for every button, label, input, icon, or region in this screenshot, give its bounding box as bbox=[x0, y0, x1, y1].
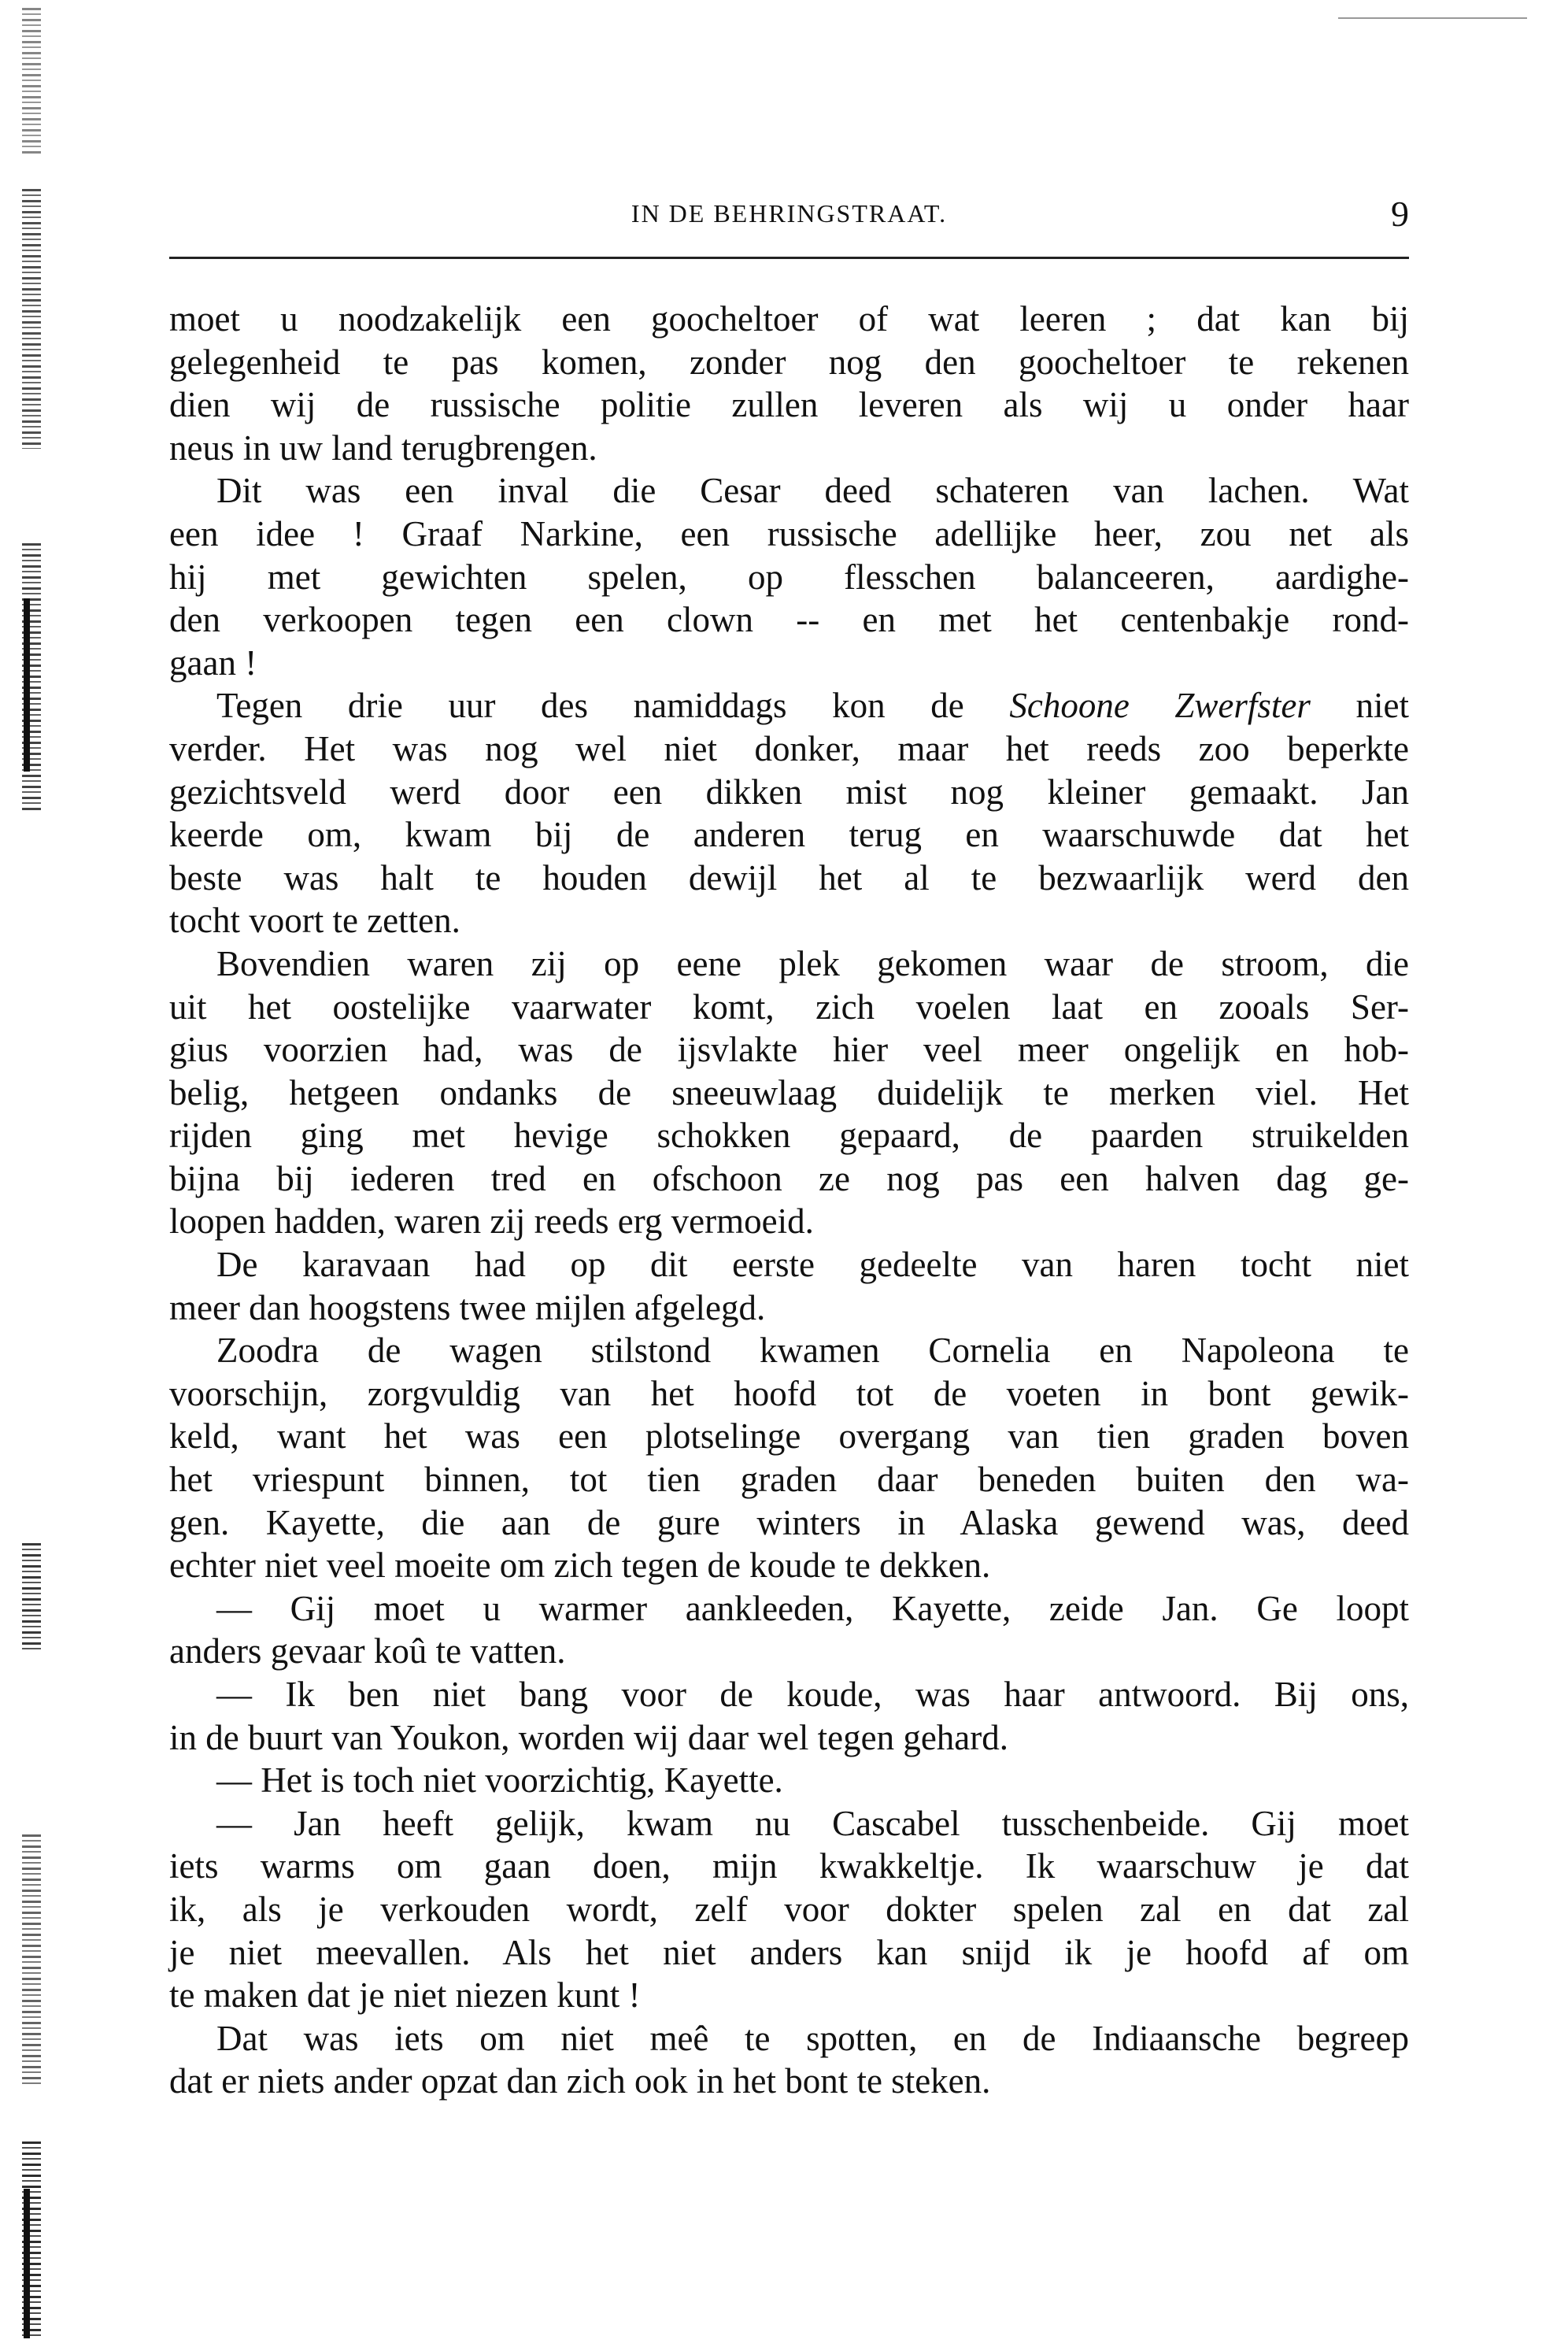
scan-binding-shadow bbox=[22, 8, 41, 154]
running-title: IN DE BEHRINGSTRAAT. bbox=[169, 199, 1409, 228]
text-line: verder. Het was nog wel niet donker, maa… bbox=[169, 727, 1409, 771]
text-line: Zoodra de wagen stilstond kwamen Corneli… bbox=[169, 1329, 1409, 1372]
text-line: in de buurt van Youkon, worden wij daar … bbox=[169, 1716, 1409, 1760]
text-line: Bovendien waren zij op eene plek gekomen… bbox=[169, 942, 1409, 986]
text-line: dat er niets ander opzat dan zich ook in… bbox=[169, 2060, 1409, 2103]
text-line: moet u noodzakelijk een goocheltoer of w… bbox=[169, 298, 1409, 341]
text-line: hij met gewichten spelen, op flesschen b… bbox=[169, 556, 1409, 599]
body-text: moet u noodzakelijk een goocheltoer of w… bbox=[169, 298, 1409, 2103]
scan-binding-shadow bbox=[22, 1543, 41, 1653]
text-line: tocht voort te zetten. bbox=[169, 899, 1409, 942]
text-line: gaan ! bbox=[169, 642, 1409, 685]
text-line: het vriespunt binnen, tot tien graden da… bbox=[169, 1458, 1409, 1501]
scan-artifact-line bbox=[1338, 17, 1527, 19]
text-line: loopen hadden, waren zij reeds erg vermo… bbox=[169, 1200, 1409, 1243]
text-line: bijna bij iederen tred en ofschoon ze no… bbox=[169, 1157, 1409, 1201]
text-line: Tegen drie uur des namiddags kon de Scho… bbox=[169, 684, 1409, 727]
text-line: den verkoopen tegen een clown -- en met … bbox=[169, 598, 1409, 642]
text-line: keld, want het was een plotselinge overg… bbox=[169, 1415, 1409, 1458]
text-line: een idee ! Graaf Narkine, een russische … bbox=[169, 513, 1409, 556]
text-line: beste was halt te houden dewijl het al t… bbox=[169, 857, 1409, 900]
text-line: — Gij moet u warmer aankleeden, Kayette,… bbox=[169, 1587, 1409, 1631]
text-line: anders gevaar koû te vatten. bbox=[169, 1630, 1409, 1673]
text-line: voorschijn, zorgvuldig van het hoofd tot… bbox=[169, 1372, 1409, 1416]
text-line: belig, hetgeen ondanks de sneeuwlaag dui… bbox=[169, 1072, 1409, 1115]
text-line: keerde om, kwam bij de anderen terug en … bbox=[169, 813, 1409, 857]
text-line: — Jan heeft gelijk, kwam nu Cascabel tus… bbox=[169, 1802, 1409, 1845]
text-line: gezichtsveld werd door een dikken mist n… bbox=[169, 771, 1409, 814]
text-line: gen. Kayette, die aan de gure winters in… bbox=[169, 1501, 1409, 1545]
text-line: gelegenheid te pas komen, zonder nog den… bbox=[169, 341, 1409, 384]
header-rule bbox=[169, 257, 1409, 259]
scan-binding-shadow bbox=[22, 189, 41, 449]
text-line: neus in uw land terugbrengen. bbox=[169, 427, 1409, 470]
scan-binding-edge bbox=[24, 598, 30, 772]
text-line: Dit was een inval die Cesar deed schater… bbox=[169, 469, 1409, 513]
text-line: ik, als je verkouden wordt, zelf voor do… bbox=[169, 1888, 1409, 1931]
text-line: De karavaan had op dit eerste gedeelte v… bbox=[169, 1243, 1409, 1286]
scan-binding-shadow bbox=[22, 1834, 41, 2086]
text-line: rijden ging met hevige schokken gepaard,… bbox=[169, 1114, 1409, 1157]
text-line: echter niet veel moeite om zich tegen de… bbox=[169, 1544, 1409, 1587]
page-number: 9 bbox=[1391, 193, 1409, 235]
text-line: meer dan hoogstens twee mijlen afgelegd. bbox=[169, 1286, 1409, 1330]
scan-binding-edge bbox=[24, 2189, 30, 2338]
running-head: IN DE BEHRINGSTRAAT. 9 bbox=[169, 193, 1409, 240]
text-line: je niet meevallen. Als het niet anders k… bbox=[169, 1931, 1409, 1975]
text-line: iets warms om gaan doen, mijn kwakkeltje… bbox=[169, 1845, 1409, 1888]
text-line: gius voorzien had, was de ijsvlakte hier… bbox=[169, 1028, 1409, 1072]
text-line: uit het oostelijke vaarwater komt, zich … bbox=[169, 986, 1409, 1029]
text-line: — Ik ben niet bang voor de koude, was ha… bbox=[169, 1673, 1409, 1716]
text-line: Dat was iets om niet meê te spotten, en … bbox=[169, 2017, 1409, 2060]
text-line: — Het is toch niet voorzichtig, Kayette. bbox=[169, 1759, 1409, 1802]
text-line: dien wij de russische politie zullen lev… bbox=[169, 383, 1409, 427]
ship-name-italic: Schoone Zwerfster bbox=[1009, 686, 1311, 725]
text-line: te maken dat je niet niezen kunt ! bbox=[169, 1974, 1409, 2017]
